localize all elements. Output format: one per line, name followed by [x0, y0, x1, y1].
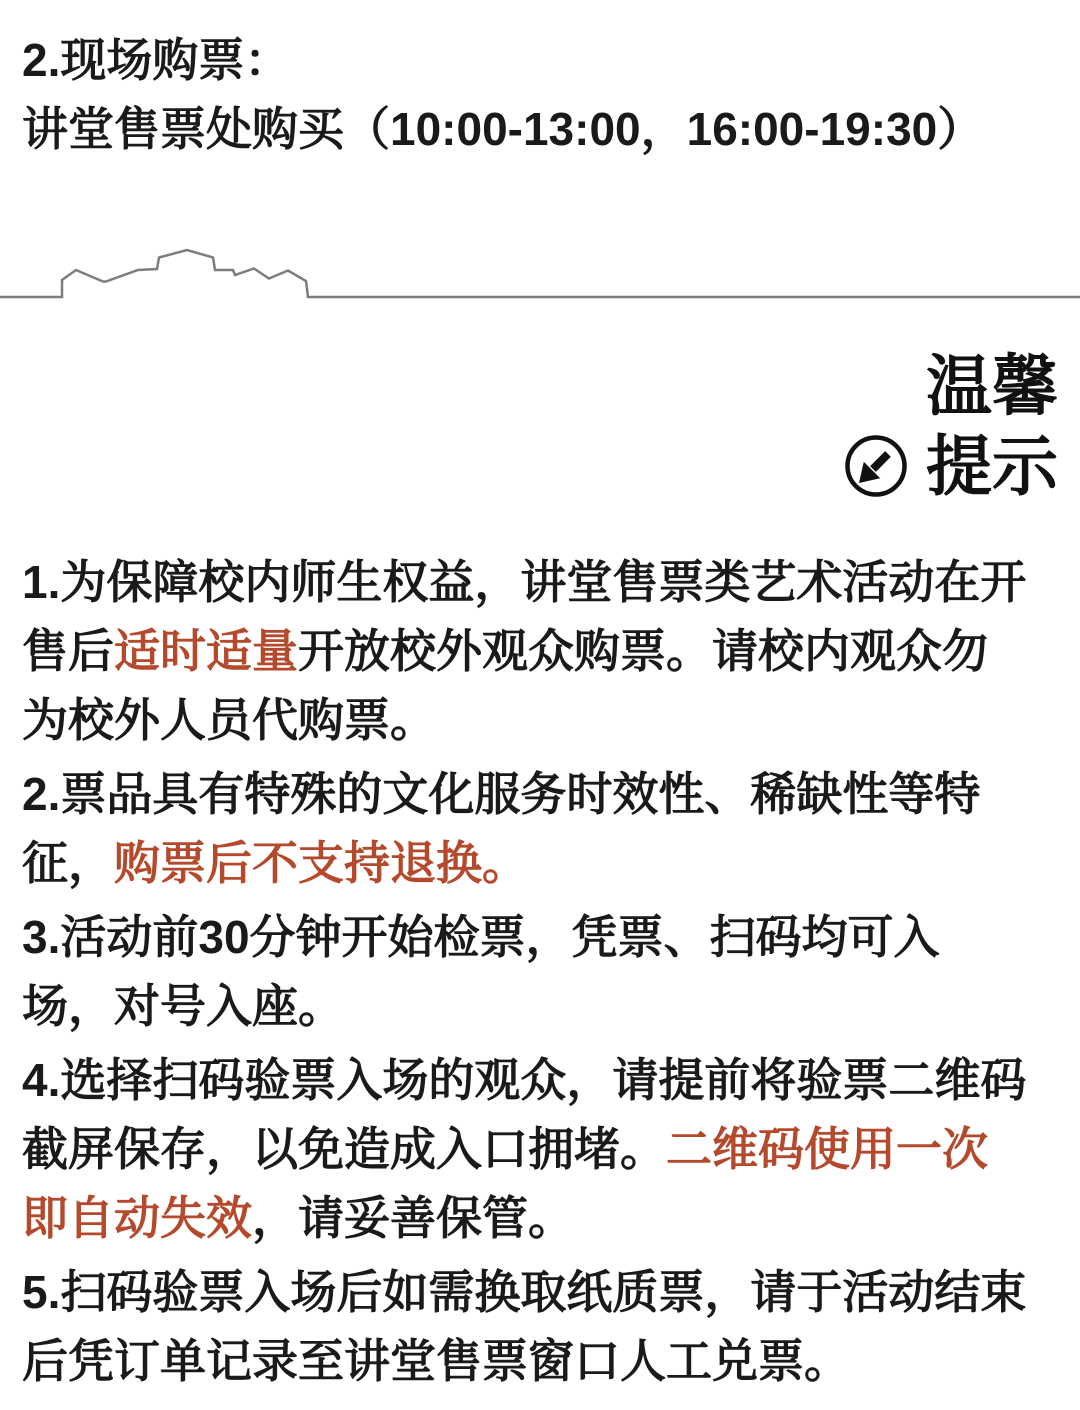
tip-line: 征，购票后不支持退换。: [22, 829, 1058, 898]
warm-tips-header: 温馨 提示: [22, 346, 1058, 506]
tip-text-segment: 2.票品具有特殊的文化服务时效性、稀缺性等特: [22, 768, 980, 820]
tip-highlight-segment: 适时适量: [114, 625, 298, 677]
tip-paragraph: 3.活动前30分钟开始检票，凭票、扫码均可入场，对号入座。: [22, 903, 1058, 1041]
tip-text-segment: 开放校外观众购票。请校内观众勿: [298, 625, 988, 677]
tip-text-segment: 5.扫码验票入场后如需换取纸质票，请于活动结束: [22, 1266, 1026, 1318]
tip-paragraph: 5.扫码验票入场后如需换取纸质票，请于活动结束后凭订单记录至讲堂售票窗口人工兑票…: [22, 1258, 1058, 1396]
tip-line: 后凭订单记录至讲堂售票窗口人工兑票。: [22, 1327, 1058, 1396]
tip-text-segment: 征，: [22, 837, 114, 889]
tip-text-segment: 3.活动前30分钟开始检票，凭票、扫码均可入: [22, 911, 940, 963]
tip-text-segment: ，请妥善保管。: [252, 1192, 574, 1244]
tip-highlight-segment: 购票后不支持退换。: [114, 837, 528, 889]
tip-highlight-segment: 即自动失效: [22, 1192, 252, 1244]
tip-text-segment: 1.为保障校内师生权益，讲堂售票类艺术活动在开: [22, 556, 1026, 608]
tip-text-segment: 为校外人员代购票。: [22, 694, 436, 746]
skyline-outline-svg: [0, 240, 1080, 300]
tip-paragraph: 4.选择扫码验票入场的观众，请提前将验票二维码截屏保存，以免造成入口拥堵。二维码…: [22, 1046, 1058, 1253]
tip-text-segment: 场，对号入座。: [22, 980, 344, 1032]
arrow-down-left-circle-icon: [844, 434, 908, 498]
tip-line: 1.为保障校内师生权益，讲堂售票类艺术活动在开: [22, 548, 1058, 617]
tip-line: 截屏保存，以免造成入口拥堵。二维码使用一次: [22, 1115, 1058, 1184]
tip-paragraph: 2.票品具有特殊的文化服务时效性、稀缺性等特征，购票后不支持退换。: [22, 760, 1058, 898]
warm-tips-title-line1: 温馨: [22, 346, 1058, 426]
intro-line-ticket-office-hours: 讲堂售票处购买（10:00-13:00，16:00-19:30）: [22, 95, 1058, 164]
tip-line: 2.票品具有特殊的文化服务时效性、稀缺性等特: [22, 760, 1058, 829]
tip-line: 4.选择扫码验票入场的观众，请提前将验票二维码: [22, 1046, 1058, 1115]
intro-line-onsite-purchase: 2.现场购票：: [22, 26, 1058, 95]
tip-text-segment: 截屏保存，以免造成入口拥堵。: [22, 1123, 666, 1175]
warm-tips-title-row2: 提示: [22, 426, 1058, 506]
tip-text-segment: 4.选择扫码验票入场的观众，请提前将验票二维码: [22, 1054, 1026, 1106]
intro-section: 2.现场购票： 讲堂售票处购买（10:00-13:00，16:00-19:30）: [22, 0, 1058, 164]
article-page: 2.现场购票： 讲堂售票处购买（10:00-13:00，16:00-19:30）…: [0, 0, 1080, 1410]
tip-line: 售后适时适量开放校外观众购票。请校内观众勿: [22, 617, 1058, 686]
tips-list: 1.为保障校内师生权益，讲堂售票类艺术活动在开售后适时适量开放校外观众购票。请校…: [22, 548, 1058, 1396]
tip-line: 场，对号入座。: [22, 972, 1058, 1041]
tip-line: 即自动失效，请妥善保管。: [22, 1184, 1058, 1253]
tip-paragraph: 1.为保障校内师生权益，讲堂售票类艺术活动在开售后适时适量开放校外观众购票。请校…: [22, 548, 1058, 755]
tip-line: 为校外人员代购票。: [22, 686, 1058, 755]
tip-line: 3.活动前30分钟开始检票，凭票、扫码均可入: [22, 903, 1058, 972]
tip-text-segment: 后凭订单记录至讲堂售票窗口人工兑票。: [22, 1335, 850, 1387]
tip-line: 5.扫码验票入场后如需换取纸质票，请于活动结束: [22, 1258, 1058, 1327]
building-skyline-divider: [0, 240, 1080, 300]
warm-tips-title-line2: 提示: [926, 426, 1058, 506]
tip-highlight-segment: 二维码使用一次: [666, 1123, 988, 1175]
tip-text-segment: 售后: [22, 625, 114, 677]
